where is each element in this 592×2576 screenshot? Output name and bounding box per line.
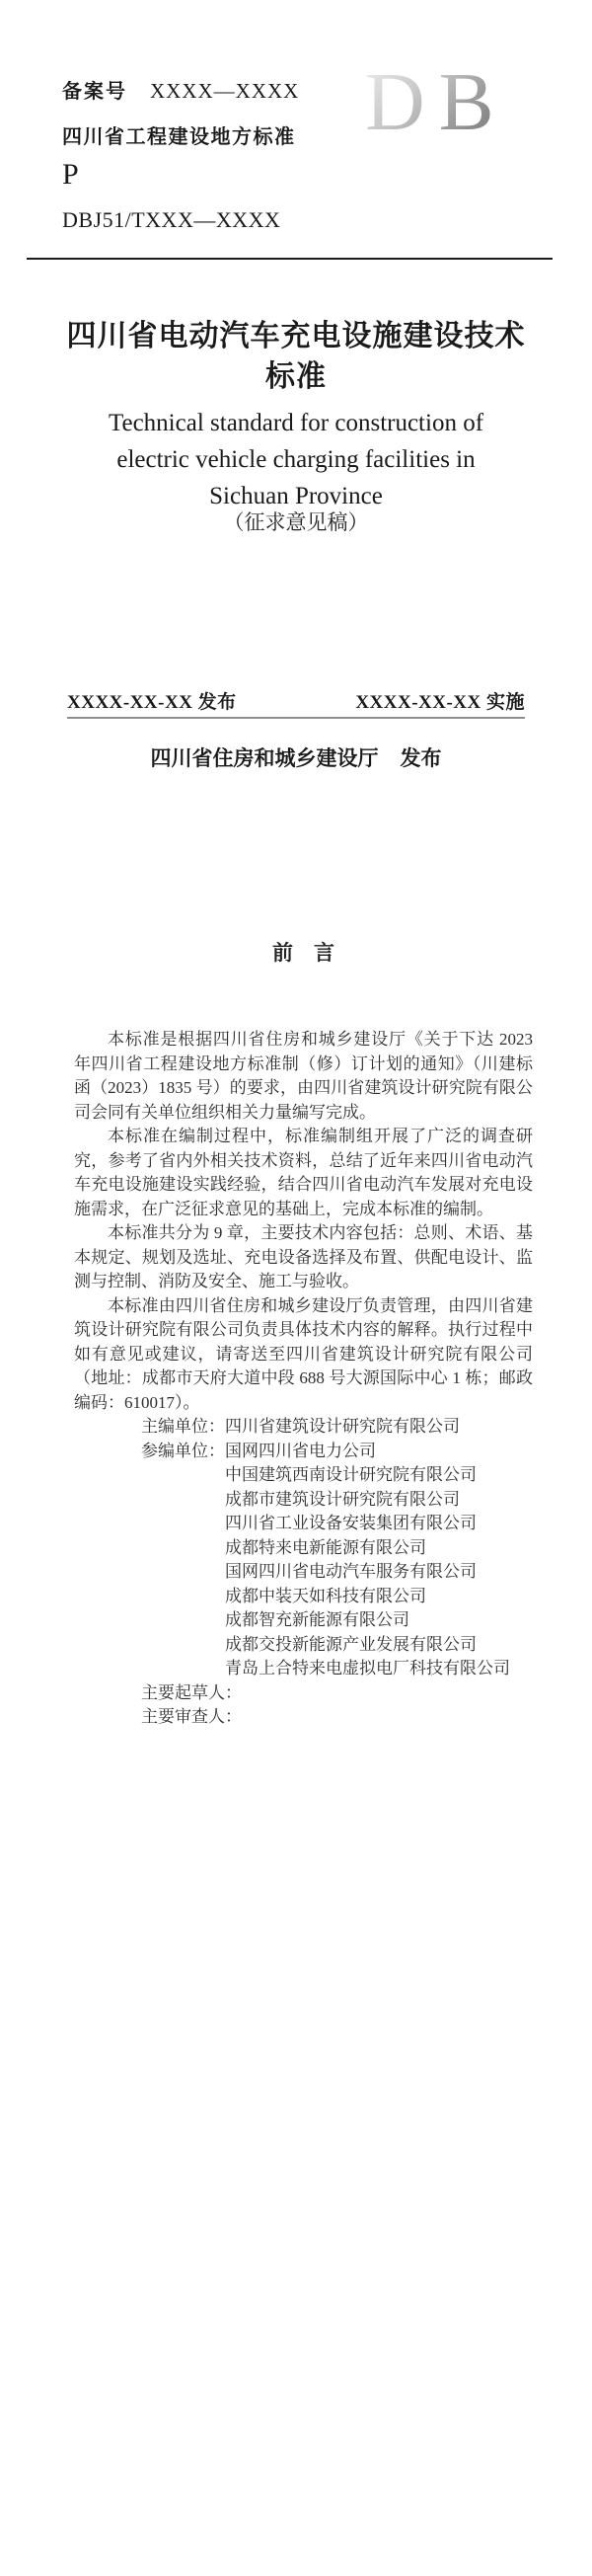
participant-unit-row: 成都智充新能源有限公司	[74, 1608, 533, 1633]
record-number-line: 备案号 XXXX—XXXX	[62, 75, 299, 104]
standard-type-title: 四川省工程建设地方标准	[62, 120, 296, 149]
document-title-zh-line2: 标准	[265, 360, 327, 393]
record-number-label: 备案号	[62, 81, 127, 103]
document-title-zh: 四川省电动汽车充电设施建设技术 标准	[0, 316, 592, 397]
standard-document-page: 备案号 XXXX—XXXX DB 四川省工程建设地方标准 P DBJ51/TXX…	[0, 0, 592, 2576]
document-title-en-line2: electric vehicle charging facilities in	[0, 441, 592, 478]
reviewers-label: 主要审查人：	[74, 1705, 533, 1730]
record-number-value: XXXX—XXXX	[150, 79, 299, 103]
issue-implement-date-line: XXXX-XX-XX 发布 XXXX-XX-XX 实施	[67, 687, 525, 719]
participant-unit-row: 参编单位：国网四川省电力公司	[74, 1440, 533, 1464]
document-title-en-line1: Technical standard for construction of	[0, 405, 592, 441]
preface-body: 本标准是根据四川省住房和城乡建设厅《关于下达 2023 年四川省工程建设地方标准…	[74, 1028, 533, 1730]
preface-paragraph: 本标准是根据四川省住房和城乡建设厅《关于下达 2023 年四川省工程建设地方标准…	[74, 1028, 533, 1125]
chief-editor-unit-row: 主编单位：四川省建筑设计研究院有限公司	[74, 1415, 533, 1440]
participant-unit-row: 四川省工业设备安装集团有限公司	[74, 1512, 533, 1536]
participant-unit-row: 青岛上合特来电虚拟电厂科技有限公司	[74, 1657, 533, 1681]
preface-section: 前 言 本标准是根据四川省住房和城乡建设厅《关于下达 2023 年四川省工程建设…	[74, 939, 533, 1730]
document-title-zh-line1: 四川省电动汽车充电设施建设技术	[67, 320, 526, 352]
chief-editor-unit-label: 主编单位：	[141, 1417, 225, 1436]
preface-paragraph: 本标准由四川省住房和城乡建设厅负责管理，由四川省建筑设计研究院有限公司负责具体技…	[74, 1294, 533, 1416]
participant-unit-row: 成都交投新能源产业发展有限公司	[74, 1633, 533, 1658]
issue-date: XXXX-XX-XX 发布	[67, 687, 237, 714]
participant-unit-name: 国网四川省电力公司	[225, 1442, 376, 1460]
participant-units-label: 参编单位：	[141, 1442, 225, 1460]
participant-unit-row: 成都市建筑设计研究院有限公司	[74, 1488, 533, 1513]
drafters-label: 主要起草人：	[74, 1681, 533, 1706]
participant-unit-row: 成都特来电新能源有限公司	[74, 1536, 533, 1561]
publisher-line: 四川省住房和城乡建设厅发布	[0, 742, 592, 772]
publisher-action: 发布	[401, 746, 442, 770]
participant-unit-row: 国网四川省电动汽车服务有限公司	[74, 1560, 533, 1585]
preface-paragraph: 本标准共分为 9 章，主要技术内容包括：总则、术语、基本规定、规划及选址、充电设…	[74, 1221, 533, 1294]
preface-title: 前 言	[74, 939, 533, 967]
draft-status-note: （征求意见稿）	[0, 507, 592, 536]
db-logo: DB	[365, 61, 508, 144]
chief-editor-unit-name: 四川省建筑设计研究院有限公司	[225, 1417, 460, 1436]
publisher-name: 四川省住房和城乡建设厅	[151, 746, 379, 770]
document-title-en: Technical standard for construction of e…	[0, 405, 592, 514]
participant-unit-row: 中国建筑西南设计研究院有限公司	[74, 1463, 533, 1488]
cover-divider-rule	[27, 258, 553, 260]
implement-date: XXXX-XX-XX 实施	[355, 687, 525, 714]
standard-code: DBJ51/TXXX—XXXX	[62, 207, 280, 233]
participant-unit-row: 成都中装天如科技有限公司	[74, 1585, 533, 1609]
preface-paragraph: 本标准在编制过程中，标准编制组开展了广泛的调查研究，参考了省内外相关技术资料，总…	[74, 1125, 533, 1221]
p-classification-mark: P	[62, 158, 79, 192]
